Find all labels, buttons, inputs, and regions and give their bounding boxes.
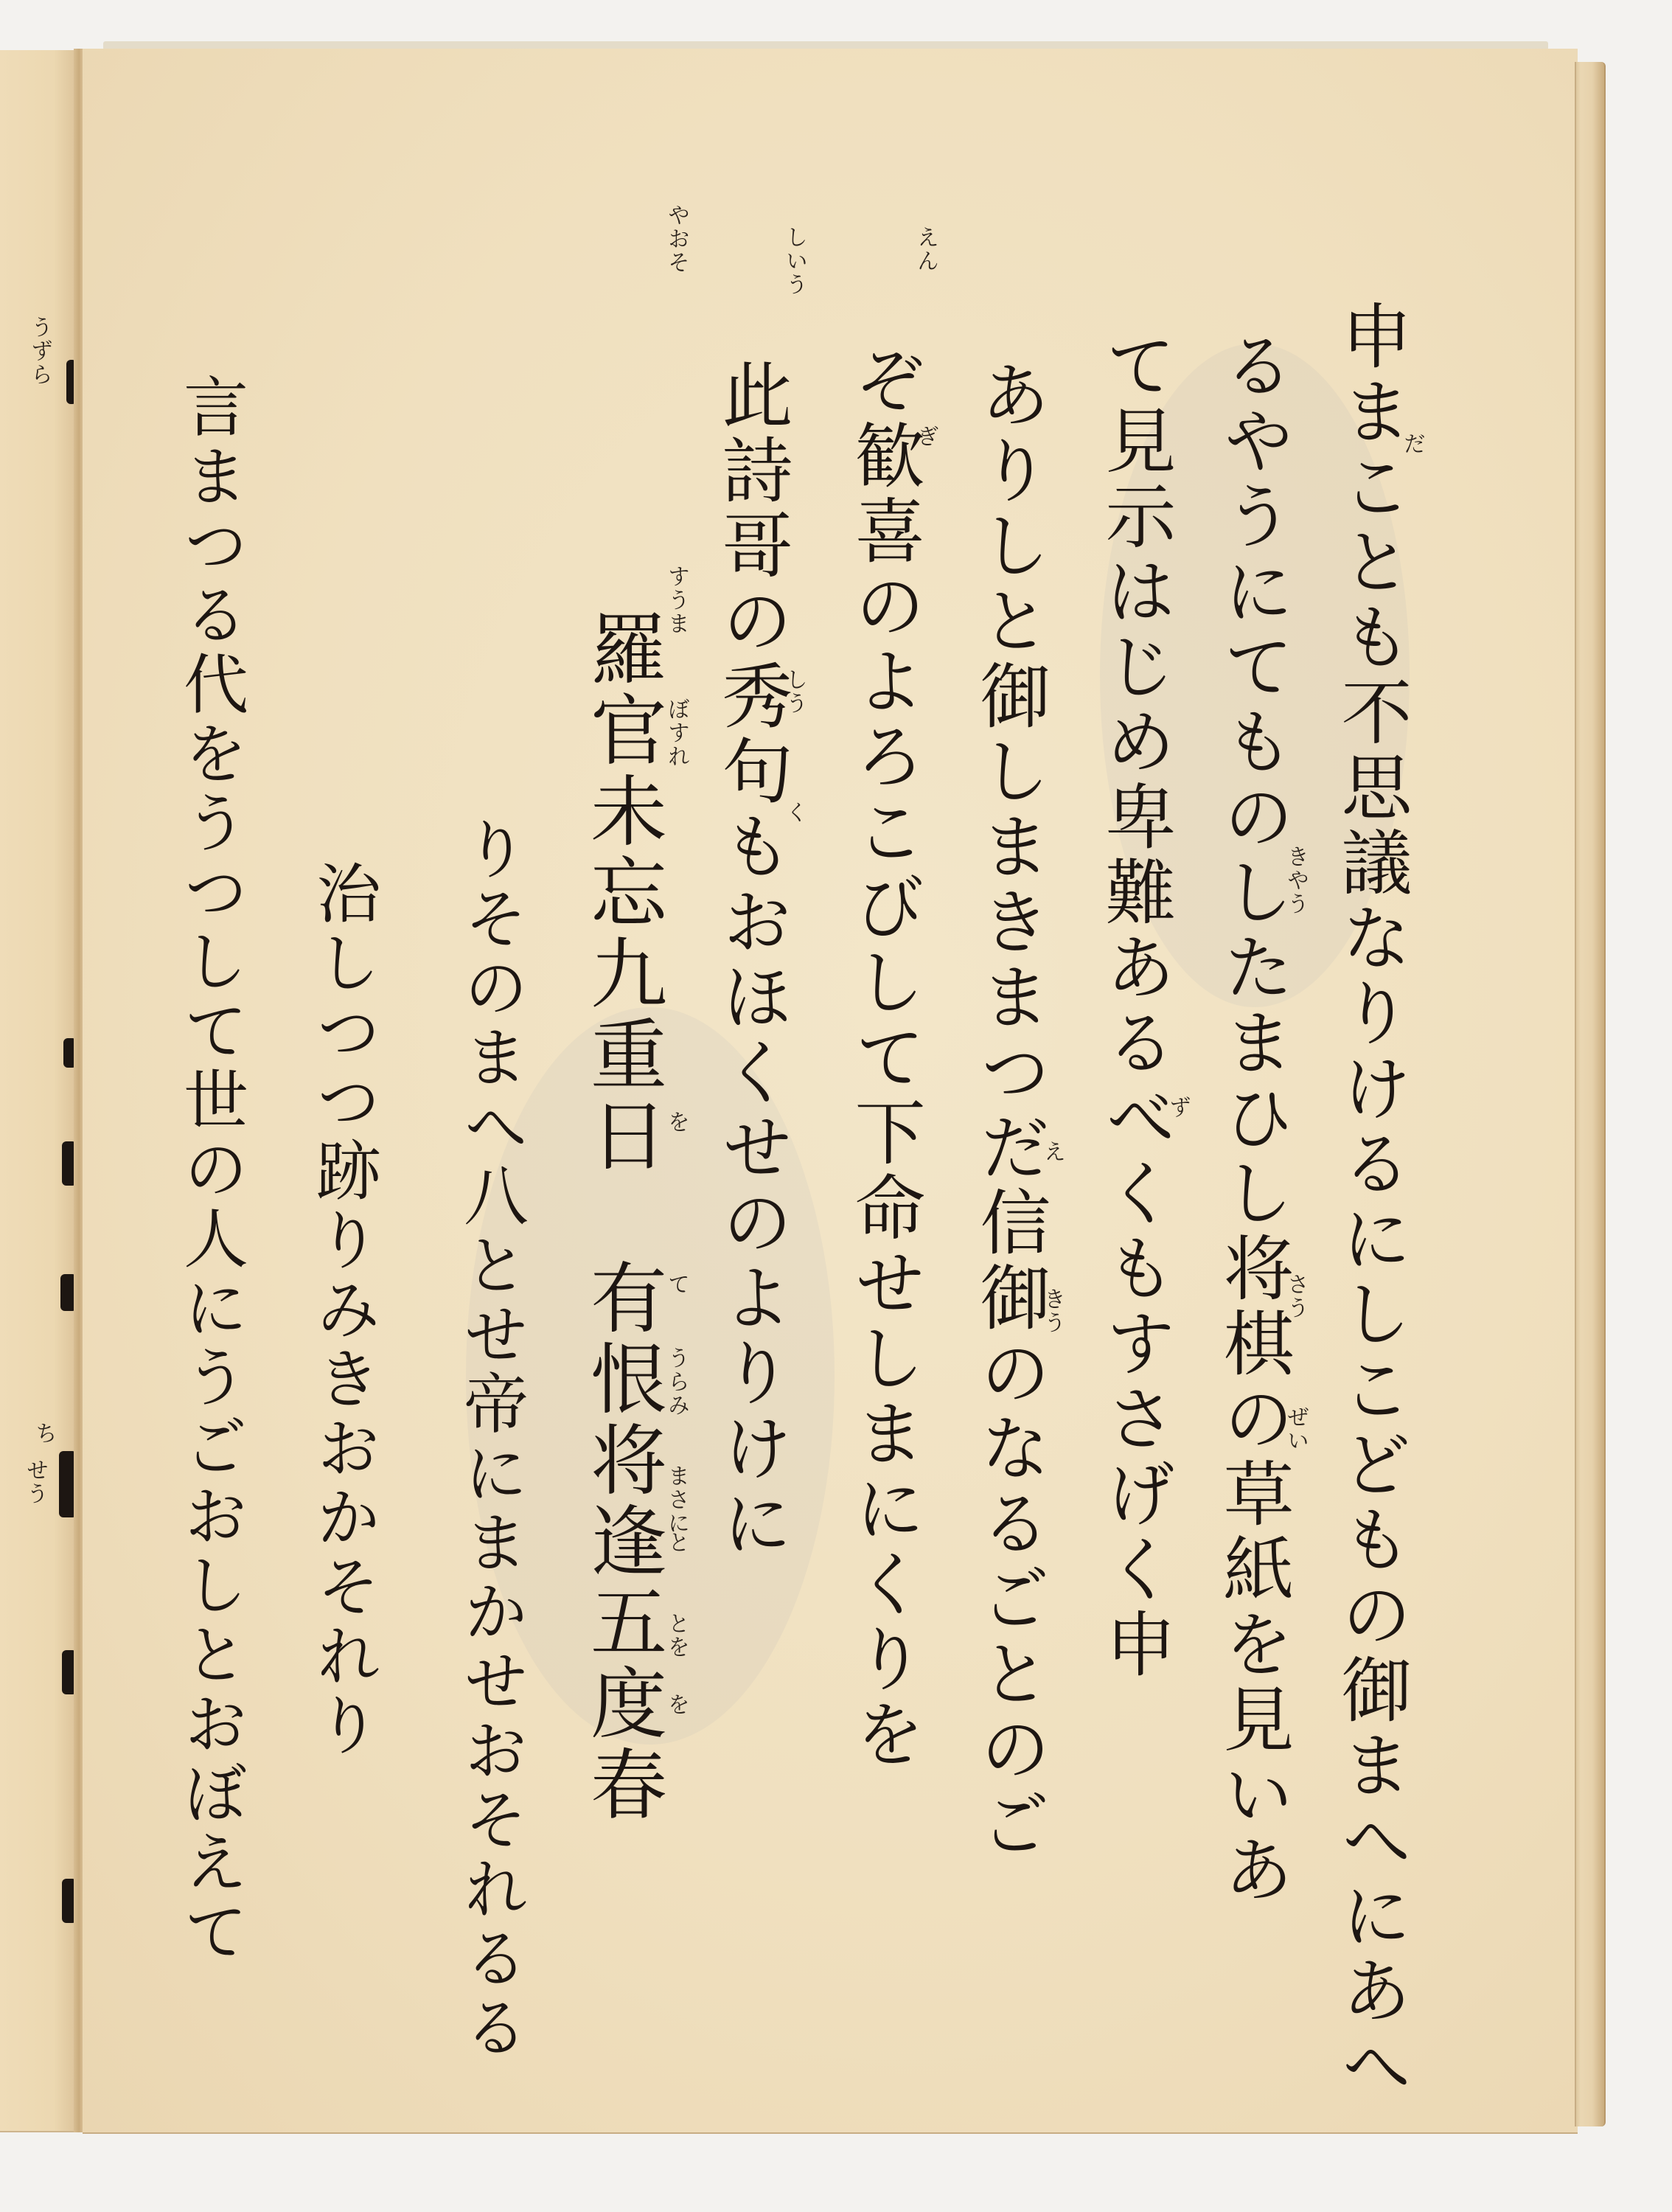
ruby-annotation: とを bbox=[665, 1612, 687, 1659]
ruby-annotation: ぜい bbox=[1284, 1405, 1306, 1453]
ruby-annotation: だ bbox=[1401, 432, 1423, 456]
previous-page-ruby-3: せう bbox=[24, 1458, 46, 1506]
ruby-annotation: まさに bbox=[665, 1464, 687, 1535]
ruby-annotation: ず bbox=[1166, 1096, 1188, 1119]
text-column-6: 此詩哥の秀句もおほくせのよりけに bbox=[717, 358, 787, 1562]
ruby-annotation: きやう bbox=[1284, 845, 1306, 916]
ruby-annotation: さう bbox=[1284, 1273, 1306, 1320]
text-column-7-kanshi: 羅官未忘九重日 有恨将逢五度春 bbox=[584, 609, 661, 1826]
text-column-2: るやうにてものしたまひし将棋の草紙を見いあ bbox=[1218, 329, 1289, 1908]
ruby-annotation: しう bbox=[783, 668, 805, 715]
text-column-4: ありしと御しまきまつだ信御のなるごとのご bbox=[975, 358, 1045, 1863]
ruby-annotation: すうま bbox=[665, 565, 687, 636]
text-column-9: 治しつつ跡りみきおかそれり bbox=[311, 860, 376, 1761]
ruby-annotation: やおそ bbox=[665, 204, 687, 274]
ruby-annotation: を bbox=[665, 1693, 687, 1717]
ruby-annotation: えん bbox=[914, 226, 936, 273]
text-column-5: ぞ歓喜のよろこびして下命せしまにくりを bbox=[849, 344, 920, 1773]
ruby-annotation: ぼすれ bbox=[665, 698, 687, 768]
ruby-annotation: しいう bbox=[783, 226, 805, 296]
ruby-annotation: え bbox=[1041, 1140, 1063, 1164]
text-column-3: て見示はじめ卑難あるべくもすさげく申 bbox=[1100, 329, 1171, 1683]
text-columns: 申まことも不思議なりけるにしこどもの御まへにあへ だ るやうにてものしたまひし将… bbox=[83, 49, 1578, 2132]
text-column-10: 言まつる代をうつして世の人にうごおしとおぼえて bbox=[178, 373, 243, 1967]
ruby-annotation: と bbox=[665, 1531, 687, 1554]
text-column-1: 申まことも不思議なりけるにしこどもの御まへにあへ bbox=[1336, 299, 1407, 2104]
stacked-page-edges bbox=[1575, 62, 1606, 2126]
previous-page-fragment: うずら ち せう bbox=[0, 50, 77, 2132]
ruby-annotation: ぎ bbox=[914, 425, 936, 448]
ruby-annotation: く bbox=[783, 801, 805, 824]
previous-page-ruby-2: ち bbox=[32, 1422, 55, 1445]
text-column-8: りそのまへ八とせ帝にまかせおそれるる bbox=[459, 815, 523, 2063]
ruby-annotation: て bbox=[665, 1273, 687, 1296]
ruby-annotation: きう bbox=[1041, 1287, 1063, 1335]
previous-page-ruby-1: うずら bbox=[28, 316, 50, 386]
ruby-annotation: うらみ bbox=[665, 1346, 687, 1417]
ruby-annotation: を bbox=[665, 1110, 687, 1134]
